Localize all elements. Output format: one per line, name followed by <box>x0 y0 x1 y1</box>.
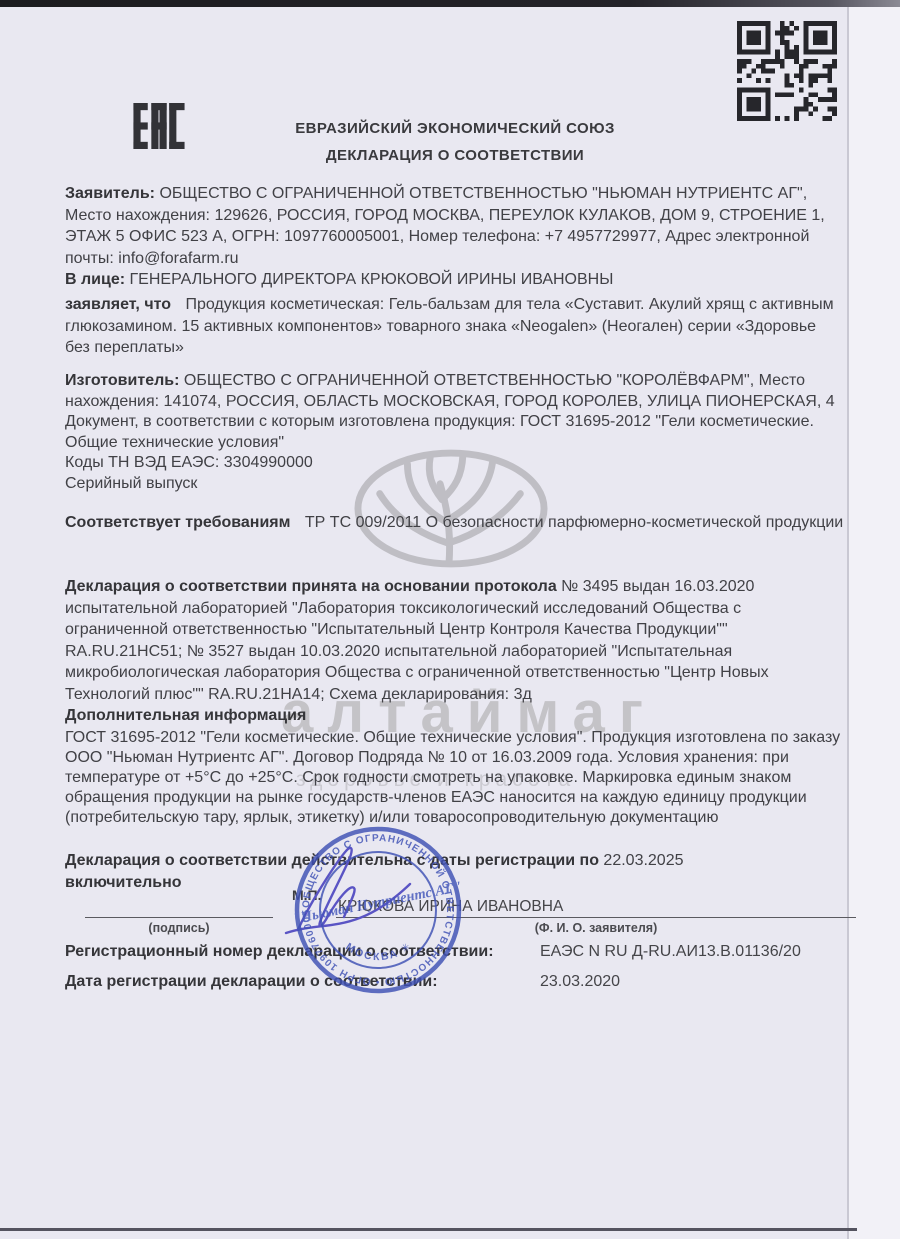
conformity-label: Соответствует требованиям <box>65 514 290 531</box>
manufacturer-paragraph: Изготовитель: ОБЩЕСТВО С ОГРАНИЧЕННОЙ ОТ… <box>65 371 845 494</box>
union-title: ЕВРАЗИЙСКИЙ ЭКОНОМИЧЕСКИЙ СОЮЗ <box>65 120 845 137</box>
declares-text: Продукция косметическая: Гель-бальзам дл… <box>65 296 834 356</box>
stamp-company-name: "Ньюман Нутриентс АГ" <box>292 879 463 927</box>
signature-caption: (подпись) <box>85 921 273 935</box>
manufacturer-tnved-line: Коды ТН ВЭД ЕАЭС: 3304990000 <box>65 453 845 474</box>
stamp-city-text: МОСКВА ✳ <box>343 940 414 964</box>
in-person-text: ГЕНЕРАЛЬНОГО ДИРЕКТОРА КРЮКОВОЙ ИРИНЫ ИВ… <box>130 271 614 288</box>
manufacturer-doc-line: Документ, в соответствии с которым изгот… <box>65 412 845 453</box>
in-person-label: В лице: <box>65 271 125 288</box>
manufacturer-label: Изготовитель: <box>65 372 179 389</box>
document-title: ДЕКЛАРАЦИЯ О СООТВЕТСТВИИ <box>65 147 845 164</box>
conformity-paragraph: Соответствует требованиям ТР ТС 009/2011… <box>65 512 845 534</box>
scan-bottom-edge <box>0 1228 857 1231</box>
signature-line <box>85 917 273 918</box>
manufacturer-text: ОБЩЕСТВО С ОГРАНИЧЕННОЙ ОТВЕТСТВЕННОСТЬЮ… <box>65 372 835 410</box>
basis-paragraph: Декларация о соответствии принята на осн… <box>65 576 845 705</box>
scan-right-margin <box>847 7 900 1239</box>
applicant-paragraph: Заявитель: ОБЩЕСТВО С ОГРАНИЧЕННОЙ ОТВЕТ… <box>65 183 845 291</box>
svg-text:МОСКВА ✳: МОСКВА ✳ <box>343 940 414 964</box>
company-stamp: ОБЩЕСТВО С ОГРАНИЧЕННОЙ ОТВЕТСТВЕННОСТЬЮ… <box>292 824 464 996</box>
manufacturer-serial-line: Серийный выпуск <box>65 474 845 495</box>
scan-top-edge <box>0 0 900 7</box>
additional-info-paragraph: Дополнительная информация ГОСТ 31695-201… <box>65 706 845 828</box>
additional-info-text: ГОСТ 31695-2012 "Гели косметические. Общ… <box>65 728 845 828</box>
document-page: алтаймаг здоровье и красота ЕВРАЗИЙСКИЙ … <box>0 0 900 1239</box>
basis-text: № 3495 выдан 16.03.2020 испытательной ла… <box>65 578 769 703</box>
applicant-label: Заявитель: <box>65 185 155 202</box>
basis-label: Декларация о соответствии принята на осн… <box>65 578 557 595</box>
additional-info-heading: Дополнительная информация <box>65 706 845 726</box>
declares-paragraph: заявляет, что Продукция косметическая: Г… <box>65 294 845 359</box>
validity-date: 22.03.2025 <box>603 852 683 869</box>
applicant-text: ОБЩЕСТВО С ОГРАНИЧЕННОЙ ОТВЕТСТВЕННОСТЬЮ… <box>65 185 825 267</box>
registration-number-value: ЕАЭС N RU Д-RU.АИ13.В.01136/20 <box>540 943 801 961</box>
declares-label: заявляет, что <box>65 296 171 313</box>
conformity-text: ТР ТС 009/2011 О безопасности парфюмерно… <box>305 514 843 531</box>
qr-code-icon <box>737 21 837 121</box>
registration-date-value: 23.03.2020 <box>540 973 620 991</box>
